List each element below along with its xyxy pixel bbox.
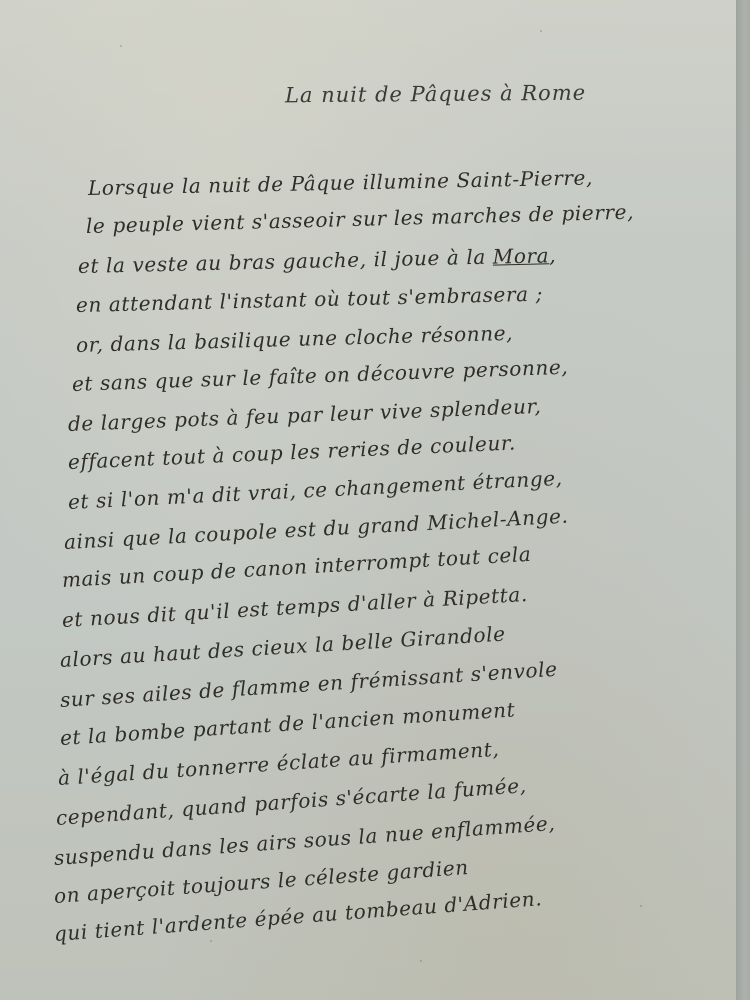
poem-title: La nuit de Pâques à Rome <box>285 81 586 108</box>
paper-speck <box>210 940 212 942</box>
paper-sheet: La nuit de Pâques à Rome Lorsque la nuit… <box>0 0 736 1000</box>
underlined-word-mora: Mora <box>492 243 549 268</box>
poem-line-7: de larges pots à feu par leur vive splen… <box>68 394 542 436</box>
poem-line-8: effacent tout à coup les reries de coule… <box>67 430 516 474</box>
poem-line-1: Lorsque la nuit de Pâque illumine Saint-… <box>88 165 593 200</box>
manuscript-photo: La nuit de Pâques à Rome Lorsque la nuit… <box>0 0 750 1000</box>
poem-line-5: or, dans la basilique une cloche résonne… <box>76 321 514 357</box>
poem-line-3-comma: , <box>549 243 557 267</box>
poem-line-2: le peuple vient s'asseoir sur les marche… <box>86 200 635 238</box>
poem-line-3: et la veste au bras gauche, il joue à la… <box>78 243 557 278</box>
paper-speck <box>640 905 642 907</box>
poem-line-3-text: et la veste au bras gauche, il joue à la <box>78 245 493 278</box>
paper-speck <box>540 30 542 32</box>
poem-line-6: et sans que sur le faîte on découvre per… <box>72 355 569 396</box>
paper-speck <box>420 960 422 962</box>
page-edge-shadow <box>736 0 750 1000</box>
poem-line-4: en attendant l'instant où tout s'embrase… <box>76 282 543 317</box>
paper-speck <box>120 45 122 47</box>
